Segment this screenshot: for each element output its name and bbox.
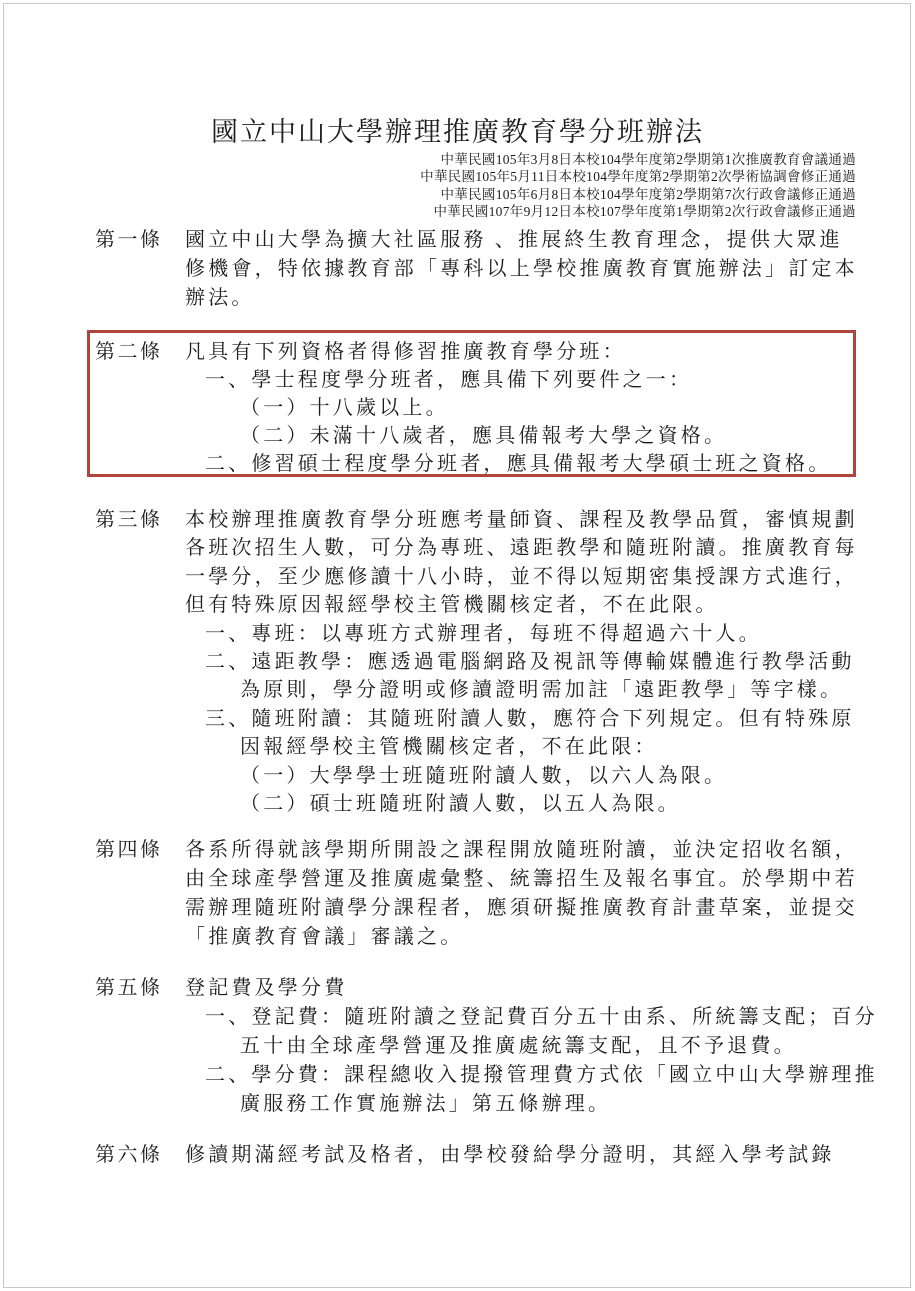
article-label: 第六條: [95, 1141, 163, 1170]
article-line: 本校辦理推廣教育學分班應考量師資、課程及教學品質，審慎規劃: [185, 506, 860, 534]
article-label: 第五條: [95, 974, 163, 1003]
article-line: 由全球產學營運及推廣處彙整、統籌招生及報名事宜。於學期中若: [185, 865, 860, 894]
article-line: 辦法。: [185, 284, 860, 313]
article-line: 二、修習碩士程度學分班者，應具備報考大學碩士班之資格。: [185, 450, 860, 478]
article-label: 第四條: [95, 836, 163, 865]
revision-history: 中華民國105年3月8日本校104學年度第2學期第1次推廣教育會議通過 中華民國…: [420, 151, 856, 220]
article-label: 第一條: [95, 226, 163, 255]
article-line: 修機會，特依據教育部「專科以上學校推廣教育實施辦法」訂定本: [185, 255, 860, 284]
article-line: 國立中山大學為擴大社區服務 、推展終生教育理念，提供大眾進: [185, 226, 860, 255]
article-line: 登記費及學分費: [185, 974, 860, 1003]
article-line: 凡具有下列資格者得修習推廣教育學分班：: [185, 338, 860, 366]
article-line: 五十由全球產學營運及推廣處統籌支配，且不予退費。: [185, 1032, 860, 1061]
article-2-highlighted: 第二條 凡具有下列資格者得修習推廣教育學分班： 一、學士程度學分班者，應具備下列…: [95, 338, 860, 478]
revision-line: 中華民國105年6月8日本校104學年度第2學期第7次行政會議修正通過: [420, 186, 856, 203]
article-line: 一、學士程度學分班者，應具備下列要件之一：: [185, 366, 860, 394]
article-line: 一學分，至少應修讀十八小時，並不得以短期密集授課方式進行，: [185, 563, 860, 591]
article-1: 第一條 國立中山大學為擴大社區服務 、推展終生教育理念，提供大眾進 修機會，特依…: [95, 226, 860, 313]
article-line: 廣服務工作實施辦法」第五條辦理。: [185, 1090, 860, 1119]
article-line: 但有特殊原因報經學校主管機關核定者，不在此限。: [185, 591, 860, 619]
article-line: 各班次招生人數，可分為專班、遠距教學和隨班附讀。推廣教育每: [185, 534, 860, 562]
article-line: （一）大學學士班隨班附讀人數，以六人為限。: [185, 762, 860, 790]
revision-line: 中華民國107年9月12日本校107學年度第1學期第2次行政會議修正通過: [420, 203, 856, 220]
article-line: 需辦理隨班附讀學分課程者，應須研擬推廣教育計畫草案，並提交: [185, 894, 860, 923]
article-label: 第三條: [95, 506, 163, 534]
article-5: 第五條 登記費及學分費 一、登記費：隨班附讀之登記費百分五十由系、所統籌支配；百…: [95, 974, 860, 1119]
article-line: 修讀期滿經考試及格者，由學校發給學分證明，其經入學考試錄: [185, 1141, 860, 1170]
article-line: 各系所得就該學期所開設之課程開放隨班附讀，並決定招收名額，: [185, 836, 860, 865]
revision-line: 中華民國105年3月8日本校104學年度第2學期第1次推廣教育會議通過: [420, 151, 856, 168]
article-6: 第六條 修讀期滿經考試及格者，由學校發給學分證明，其經入學考試錄: [95, 1141, 860, 1170]
doc-title: 國立中山大學辦理推廣教育學分班辦法: [0, 110, 915, 149]
article-line: （一）十八歲以上。: [185, 394, 860, 422]
article-line: 二、學分費：課程總收入提撥管理費方式依「國立中山大學辦理推: [185, 1061, 860, 1090]
article-4: 第四條 各系所得就該學期所開設之課程開放隨班附讀，並決定招收名額， 由全球產學營…: [95, 836, 860, 952]
article-3: 第三條 本校辦理推廣教育學分班應考量師資、課程及教學品質，審慎規劃 各班次招生人…: [95, 506, 860, 818]
article-line: 二、遠距教學：應透過電腦網路及視訊等傳輸媒體進行教學活動: [185, 648, 860, 676]
article-line: （二）未滿十八歲者，應具備報考大學之資格。: [185, 422, 860, 450]
article-line: （二）碩士班隨班附讀人數，以五人為限。: [185, 790, 860, 818]
article-line: 一、專班：以專班方式辦理者，每班不得超過六十人。: [185, 620, 860, 648]
revision-line: 中華民國105年5月11日本校104學年度第2學期第2次學術協調會修正通過: [420, 168, 856, 185]
article-line: 三、隨班附讀：其隨班附讀人數，應符合下列規定。但有特殊原: [185, 705, 860, 733]
article-line: 一、登記費：隨班附讀之登記費百分五十由系、所統籌支配；百分: [185, 1003, 860, 1032]
article-line: 為原則，學分證明或修讀證明需加註「遠距教學」等字樣。: [185, 676, 860, 704]
article-line: 因報經學校主管機關核定者，不在此限：: [185, 733, 860, 761]
article-label: 第二條: [95, 338, 163, 366]
article-line: 「推廣教育會議」審議之。: [185, 923, 860, 952]
